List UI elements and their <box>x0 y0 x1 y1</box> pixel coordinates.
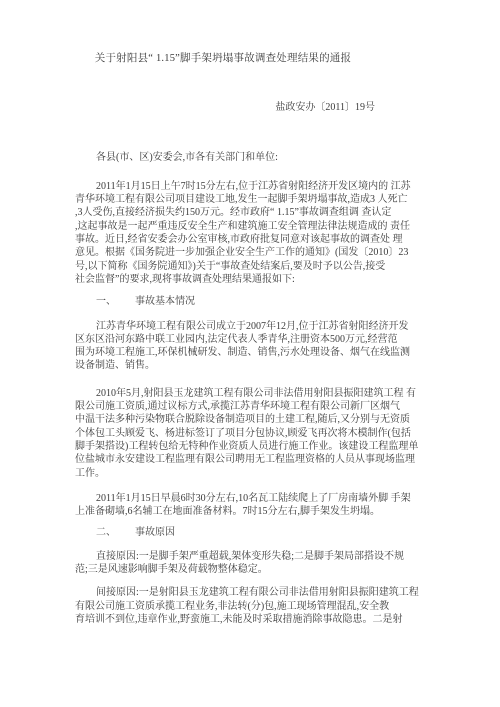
company-overview-paragraph: 江苏青华环境工程有限公司成立于2007年12月,位于江苏省射阳经济开发 区东区沿… <box>75 320 459 373</box>
section-1-number: 一、 <box>96 296 116 307</box>
incident-paragraph: 2011年1月15日早晨6时30分左右,10名瓦工陆续爬上了厂房南墙外脚 手架 … <box>75 492 459 519</box>
indirect-cause-paragraph: 间接原因:一是射阳县玉龙建筑工程有限公司非法借用射阳县振阳建筑工程 有限公司施工… <box>75 586 459 626</box>
subcontracting-paragraph: 2010年5月,射阳县玉龙建筑工程有限公司非法借用射阳县振阳建筑工程 有 限公司… <box>75 387 459 480</box>
section-1-title: 事故基本情况 <box>135 296 195 307</box>
section-2-heading: 二、事故原因 <box>75 526 459 539</box>
document-body: 关于射阳县“ 1.15”脚手架坍塌事故调查处理结果的通报 盐政安办〔2011〕1… <box>75 0 459 626</box>
section-2-number: 二、 <box>96 527 116 538</box>
document-page: 关于射阳县“ 1.15”脚手架坍塌事故调查处理结果的通报 盐政安办〔2011〕1… <box>0 0 500 707</box>
document-title: 关于射阳县“ 1.15”脚手架坍塌事故调查处理结果的通报 <box>75 52 371 65</box>
direct-cause-paragraph: 直接原因:一是脚手架严重超载,架体变形失稳;二是脚手架局部搭设不规 范;三是风速… <box>75 550 459 577</box>
intro-paragraph: 2011年1月15日上午7时15分左右,位于江苏省射阳经济开发区境内的 江苏 青… <box>75 180 459 286</box>
section-2-title: 事故原因 <box>135 527 175 538</box>
salutation-line: 各县(市、区)安委会,市各有关部门和单位: <box>75 151 459 164</box>
section-1-heading: 一、事故基本情况 <box>75 295 459 308</box>
document-number: 盐政安办〔2011〕19号 <box>75 101 459 114</box>
